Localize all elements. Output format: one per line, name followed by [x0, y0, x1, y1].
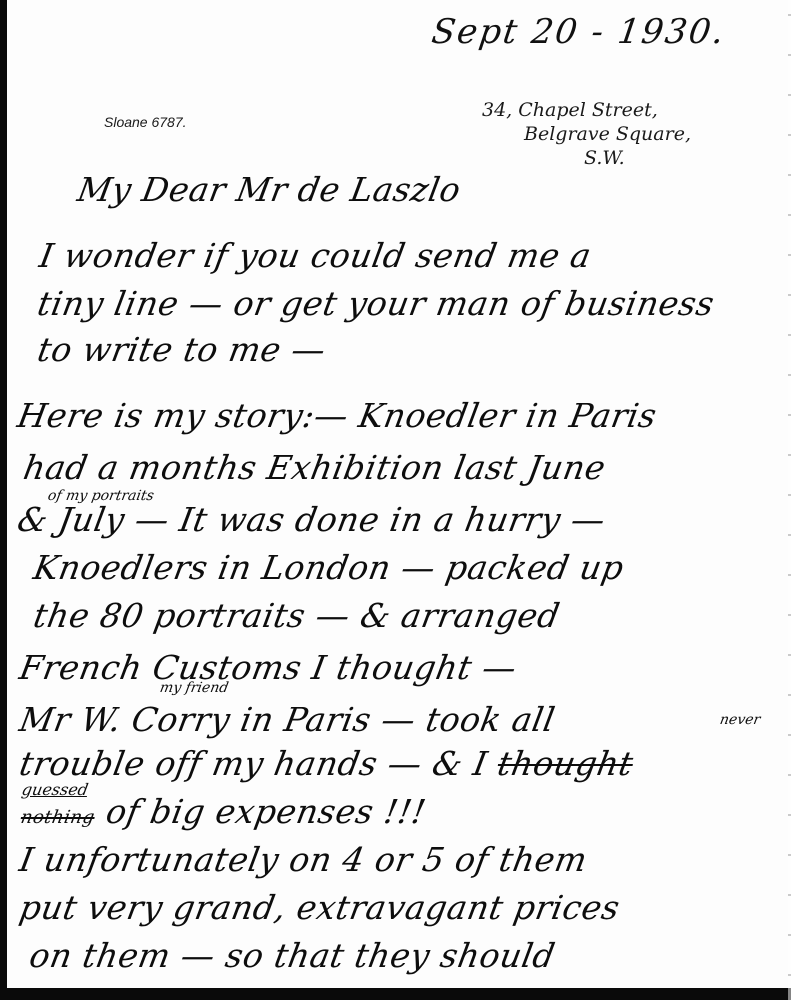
letter-line-15: on them — so that they should — [27, 936, 559, 975]
letterhead-telephone: Sloane 6787. — [104, 114, 187, 130]
letter-line-1: I wonder if you could send me a — [37, 236, 595, 275]
struck-word-nothing: nothing — [19, 807, 96, 828]
letter-line-5: had a months Exhibition last June — [21, 448, 609, 487]
salutation: My Dear Mr de Laszlo — [75, 170, 464, 209]
letter-line-2: tiny line — or get your man of business — [35, 284, 718, 323]
letter-line-7: Knoedlers in London — packed up — [31, 548, 627, 587]
letter-line-14: put very grand, extravagant prices — [17, 888, 623, 927]
letter-line-12: nothing of big expenses !!! — [19, 792, 430, 831]
letter-date: Sept 20 - 1930. — [429, 12, 728, 52]
scan-bottom-border — [0, 988, 791, 1000]
letterhead-address: 34, Chapel Street, Belgrave Square, S.W. — [482, 98, 691, 170]
letter-line-11: trouble off my hands — & I thought — [17, 744, 637, 783]
story-intro-text: Here is my story:— Knoedler in Paris — [15, 396, 660, 435]
insertion-my-friend: my friend — [159, 680, 230, 696]
address-line-2: Belgrave Square, — [524, 122, 691, 146]
letter-line-8: the 80 portraits — & arranged — [31, 596, 563, 635]
address-line-3: S.W. — [584, 146, 691, 170]
letter-line-13: I unfortunately on 4 or 5 of them — [17, 840, 591, 879]
letter-line-9: French Customs I thought — — [17, 648, 520, 687]
address-line-1: 34, Chapel Street, — [482, 98, 691, 122]
expenses-text: of big expenses !!! — [103, 792, 429, 831]
scan-left-border — [0, 0, 7, 1000]
letter-page: Sept 20 - 1930. Sloane 6787. 34, Chapel … — [0, 0, 791, 1000]
letter-line-3: to write to me — — [35, 330, 329, 369]
struck-word-thought: thought — [495, 744, 637, 783]
letter-line-10: Mr W. Corry in Paris — took all — [17, 700, 559, 739]
letter-line-4: Here is my story:— Knoedler in Paris — [15, 396, 660, 435]
trouble-text: trouble off my hands — & I — [17, 744, 491, 783]
letter-line-6: & July — It was done in a hurry — — [15, 500, 609, 539]
insertion-never: never — [719, 712, 762, 728]
